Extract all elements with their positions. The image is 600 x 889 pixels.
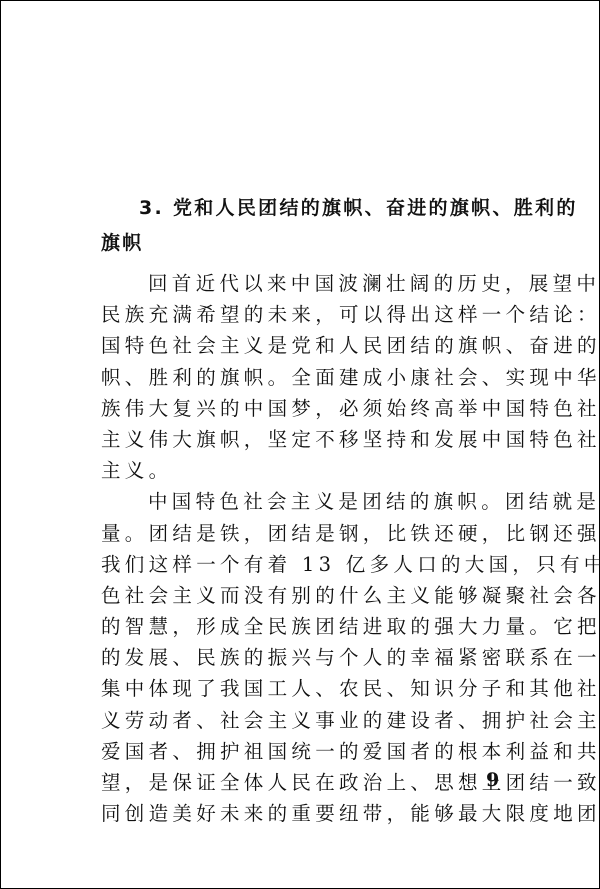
text-line: 国特色社会主义是党和人民团结的旗帜、奋进的旗 — [101, 330, 521, 361]
text-line: 中国特色社会主义是团结的旗帜。团结就是力 — [101, 486, 521, 517]
paragraph-1: 回首近代以来中国波澜壮阔的历史，展望中华 民族充满希望的未来，可以得出这样一个结… — [101, 268, 521, 486]
text-line: 帜、胜利的旗帜。全面建成小康社会、实现中华民 — [101, 362, 521, 393]
text-line: 义劳动者、社会主义事业的建设者、拥护社会主义的 — [101, 705, 521, 736]
text-line: 爱国者、拥护祖国统一的爱国者的根本利益和共同愿 — [101, 736, 521, 767]
paragraph-2: 中国特色社会主义是团结的旗帜。团结就是力 量。团结是铁，团结是钢，比铁还硬，比钢… — [101, 486, 521, 829]
text-line: 望，是保证全体人民在政治上、思想上团结一致，共 — [101, 767, 521, 798]
section-heading: 3. 党和人民团结的旗帜、奋进的旗帜、胜利的 旗帜 — [101, 191, 517, 261]
text-line: 色社会主义而没有别的什么主义能够凝聚社会各方面 — [101, 580, 521, 611]
text-line: 同创造美好未来的重要纽带，能够最大限度地团结和 — [101, 798, 521, 829]
text-line: 集中体现了我国工人、农民、知识分子和其他社会主 — [101, 673, 521, 704]
text-line: 的发展、民族的振兴与个人的幸福紧密联系在一起， — [101, 642, 521, 673]
section-heading-line-2: 旗帜 — [101, 226, 517, 261]
book-page: 3. 党和人民团结的旗帜、奋进的旗帜、胜利的 旗帜 回首近代以来中国波澜壮阔的历… — [0, 0, 600, 889]
text-line: 民族充满希望的未来，可以得出这样一个结论：中 — [101, 299, 521, 330]
text-line: 主义伟大旗帜，坚定不移坚持和发展中国特色社会 — [101, 424, 521, 455]
text-line: 我们这样一个有着 13 亿多人口的大国，只有中国特 — [101, 549, 521, 580]
section-heading-line-1: 3. 党和人民团结的旗帜、奋进的旗帜、胜利的 — [101, 191, 517, 226]
text-line: 族伟大复兴的中国梦，必须始终高举中国特色社会 — [101, 393, 521, 424]
text-line: 回首近代以来中国波澜壮阔的历史，展望中华 — [101, 268, 521, 299]
body-text: 回首近代以来中国波澜壮阔的历史，展望中华 民族充满希望的未来，可以得出这样一个结… — [101, 268, 521, 829]
text-line: 量。团结是铁，团结是钢，比铁还硬，比钢还强。在 — [101, 518, 521, 549]
page-number: 9 — [486, 769, 499, 791]
text-line: 主义。 — [101, 455, 521, 486]
text-line: 的智慧，形成全民族团结进取的强大力量。它把国家 — [101, 611, 521, 642]
